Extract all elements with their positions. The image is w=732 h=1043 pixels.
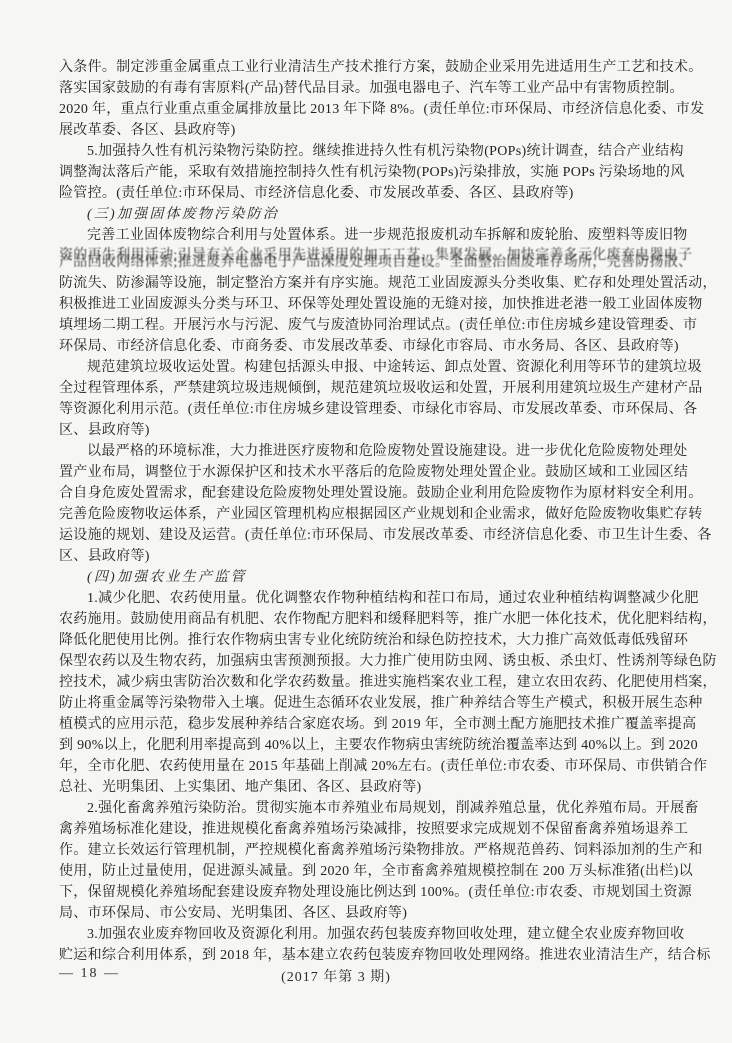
document-body: 入条件。制定涉重金属重点工业行业清洁生产技术推行方案，鼓励企业采用先进适用生产工… [59, 57, 679, 966]
text-line: 环保局、市经济信息化委、市商务委、市发展改革委、市绿化市容局、市水务局、各区、县… [59, 336, 679, 357]
text-line: 年，全市化肥、农药使用量在 2015 年基础上削减 20%左右。(责任单位:市农… [59, 756, 679, 777]
text-line: 落实国家鼓励的有毒有害原料(产品)替代品目录。加强电器电子、汽车等工业产品中有害… [59, 78, 679, 99]
text-line: 禽养殖场标准化建设，推进规模化畜禽养殖场污染减排，按照要求完成规划不保留畜禽养殖… [59, 819, 679, 840]
text-line: 作。建立长效运行管理机制，严控规模化畜禽养殖场污染物排放。严格规范兽药、饲料添加… [59, 840, 679, 861]
document-page: 入条件。制定涉重金属重点工业行业清洁生产技术推行方案，鼓励企业采用先进适用生产工… [0, 0, 732, 1043]
text-line: 填埋场二期工程。开展污水与污泥、废气与废渣协同治理试点。(责任单位:市住房城乡建… [59, 315, 679, 336]
text-line: 农药施用。鼓励使用商品有机肥、农作物配方肥料和缓释肥料等，推广水肥一体化技术，优… [59, 609, 679, 630]
overprinted-line-block: 资的再生利用活动;引导有关企业采用先进适用的加工工艺，集聚发展。加快完善多元化废… [59, 246, 679, 273]
text-line: 调整淘汰落后产能，采取有效措施控制持久性有机污染物(POPs)污染排放，实施 P… [59, 162, 679, 183]
text-line: 以最严格的环境标准，大力推进医疗废物和危险废物处置设施建设。进一步优化危险废物处… [59, 441, 679, 462]
text-line: 完善危险废物收运体系，产业园区管理机构应根据园区产业规划和企业需求，做好危险废物… [59, 504, 679, 525]
text-line: 展改革委、各区、县政府等) [59, 120, 679, 141]
text-line: 置产业布局，调整位于水源保护区和技术水平落后的危险废物处理处置企业。鼓励区域和工… [59, 462, 679, 483]
issue-label: (2017 年第 3 期) [0, 966, 672, 986]
text-line: 5.加强持久性有机污染物污染防控。继续推进持久性有机污染物(POPs)统计调查，… [59, 141, 679, 162]
text-line: 保型农药以及生物农药，加强病虫害预测预报。大力推广使用防虫网、诱虫板、杀虫灯、性… [59, 651, 679, 672]
text-line: 贮运和综合利用体系，到 2018 年，基本建立农药包装废弃物回收处理网络。推进农… [59, 945, 679, 966]
text-line: 总社、光明集团、上实集团、地产集团、各区、县政府等) [59, 777, 679, 798]
text-line: 规范建筑垃圾收运处置。构建包括源头申报、中途转运、卸点处置、资源化利用等环节的建… [59, 357, 679, 378]
text-line: 植模式的应用示范，稳步发展种养结合家庭农场。到 2019 年，全市测土配方施肥技… [59, 714, 679, 735]
text-line: 防流失、防渗漏等设施，制定整治方案并有序实施。规范工业固废源头分类收集、贮存和处… [59, 273, 679, 294]
text-line: 使用，防止过量使用，促进源头减量。到 2020 年，全市畜禽养殖规模控制在 20… [59, 861, 679, 882]
text-line: 区、县政府等) [59, 546, 679, 567]
text-line: 等资源化利用示范。(责任单位:市住房城乡建设管理委、市绿化市容局、市发展改革委、… [59, 399, 679, 420]
text-line: 1.减少化肥、农药使用量。优化调整农作物种植结构和茬口布局，通过农业种植结构调整… [59, 588, 679, 609]
text-line: 3.加强农业废弃物回收及资源化利用。加强农药包装废弃物回收处理，建立健全农业废弃… [59, 924, 679, 945]
text-line: 控技术，减少病虫害防治次数和化学农药数量。推进实施档案农业工程，建立农田农药、化… [59, 672, 679, 693]
text-line: 险管控。(责任单位:市环保局、市经济信息化委、市发展改革委、各区、县政府等) [59, 183, 679, 204]
text-line: 区、县政府等) [59, 420, 679, 441]
page-footer: — 18 — (2017 年第 3 期) [0, 966, 732, 988]
text-line: 运设施的规划、建设及运营。(责任单位:市环保局、市发展改革委、市经济信息化委、市… [59, 525, 679, 546]
text-line: 降低化肥使用比例。推行农作物病虫害专业化统防统治和绿色防控技术，大力推广高效低毒… [59, 630, 679, 651]
text-line: 全过程管理体系，严禁建筑垃圾违规倾倒，规范建筑垃圾收运和处置，开展利用建筑垃圾生… [59, 378, 679, 399]
section-heading: (三)加强固体废物污染防治 [59, 204, 679, 225]
text-line: 防止将重金属等污染物带入土壤。促进生态循环农业发展，推广种养结合等生产模式，积极… [59, 693, 679, 714]
text-line: 完善工业固体废物综合利用与处置体系。进一步规范报废机动车拆解和废轮胎、废塑料等废… [59, 225, 679, 246]
text-line: 下，保留规模化养殖场配套建设废弃物处理设施比例达到 100%。(责任单位:市农委… [59, 882, 679, 903]
text-line: 合自身危废处置需求，配套建设危险废物处理处置设施。鼓励企业利用危险废物作为原材料… [59, 483, 679, 504]
text-line: 2020 年，重点行业重点重金属排放量比 2013 年下降 8%。(责任单位:市… [59, 99, 679, 120]
text-line: 2.强化畜禽养殖污染防治。贯彻实施本市养殖业布局规划，削减养殖总量，优化养殖布局… [59, 798, 679, 819]
text-line: 入条件。制定涉重金属重点工业行业清洁生产技术推行方案，鼓励企业采用先进适用生产工… [59, 57, 679, 78]
text-line: 局、市环保局、市公安局、光明集团、各区、县政府等) [59, 903, 679, 924]
section-heading: (四)加强农业生产监管 [59, 567, 679, 588]
text-line: 到 90%以上，化肥利用率提高到 40%以上，主要农作物病虫害统防统治覆盖率达到… [59, 735, 679, 756]
overprinted-line-2: 产品回收网络体系;推进废弃电器电子产品深度处理项目建设。全面整治固废堆存场所，完… [59, 252, 679, 273]
text-line: 积极推进工业固废源头分类与环卫、环保等处理处置设施的无缝对接，加快推进老港一般工… [59, 294, 679, 315]
